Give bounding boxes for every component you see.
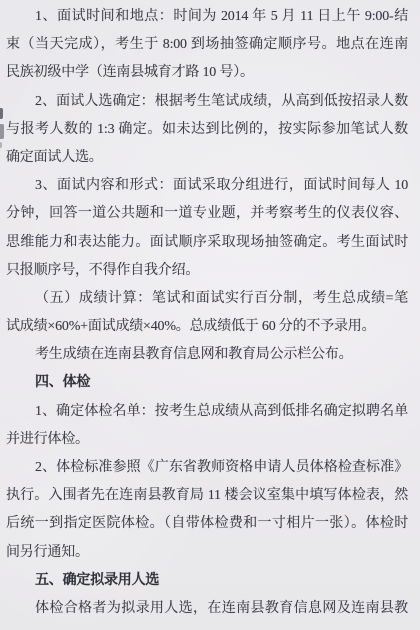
text-line: 1、确定体检名单：按考生总成绩从高到低排名确定拟聘名单 — [6, 398, 408, 426]
document-page: 1、面试时间和地点：时间为 2014 年 5 月 11 日上午 9:00-结 束… — [0, 0, 420, 630]
paragraph-interview-content-format: 3、面试内容和形式：面试采取分组进行，面试时间每人 10 分钟，回答一道公共题和… — [6, 172, 408, 285]
text-line: 2、体检标准参照《广东省教师资格申请人员体格检查标准》 — [6, 454, 408, 482]
section-heading-proposed-hire: 五、确定拟录用人选 — [6, 567, 408, 595]
text-line: 分钟，回答一道公共题和一道专业题，并考察考生的仪表仪容、 — [6, 200, 408, 228]
scan-smudge-artifact — [0, 142, 2, 148]
text-line: 体检合格者为拟录用人选，在连南县教育信息网及连南县教 — [6, 595, 408, 623]
text-line: 与报考人数的 1:3 确定。如未达到比例的，按实际参加笔试人数 — [6, 116, 408, 144]
text-line: 考生成绩在连南县教育信息网和教育局公示栏公布。 — [6, 341, 408, 369]
scan-smudge-artifact — [0, 124, 4, 139]
paragraph-physical-exam-list: 1、确定体检名单：按考生总成绩从高到低排名确定拟聘名单 并进行体检。 — [6, 398, 408, 454]
text-line: 3、面试内容和形式：面试采取分组进行，面试时间每人 10 — [6, 172, 408, 200]
text-line: 执行。入围者先在连南县教育局 11 楼会议室集中填写体检表，然 — [6, 482, 408, 510]
text-line: 2、面试人选确定：根据考生笔试成绩，从高到低按招录人数 — [6, 88, 408, 116]
text-line: 民族初级中学（连南县城育才路 10 号）。 — [6, 59, 408, 87]
text-line: 后统一到指定医院体检。（自带体检费和一寸相片一张）。体检时 — [6, 510, 408, 538]
text-line: 并进行体检。 — [6, 426, 408, 454]
text-line: 束（当天完成），考生于 8:00 到场抽签确定顺序号。地点在连南 — [6, 31, 408, 59]
text-line: 1、面试时间和地点：时间为 2014 年 5 月 11 日上午 9:00-结 — [6, 3, 408, 31]
paragraph-interview-time-location: 1、面试时间和地点：时间为 2014 年 5 月 11 日上午 9:00-结 束… — [6, 3, 408, 88]
paragraph-score-calculation: （五）成绩计算：笔试和面试实行百分制，考生总成绩=笔 试成绩×60%+面试成绩×… — [6, 285, 408, 341]
paragraph-proposed-hire: 体检合格者为拟录用人选，在连南县教育信息网及连南县教 — [6, 595, 408, 623]
section-heading-physical-exam: 四、体检 — [6, 369, 408, 397]
section-heading: 四、体检 — [6, 369, 408, 397]
text-line: （五）成绩计算：笔试和面试实行百分制，考生总成绩=笔 — [6, 285, 408, 313]
text-line: 间另行通知。 — [6, 539, 408, 567]
paragraph-interview-candidate-selection: 2、面试人选确定：根据考生笔试成绩，从高到低按招录人数 与报考人数的 1:3 确… — [6, 88, 408, 173]
text-line: 思维能力和表达能力。面试顺序采取现场抽签确定。考生面试时 — [6, 229, 408, 257]
scan-smudge-artifact — [0, 108, 3, 119]
section-heading: 五、确定拟录用人选 — [6, 567, 408, 595]
text-line: 确定面试人选。 — [6, 144, 408, 172]
text-line: 只报顺序号，不得作自我介绍。 — [6, 257, 408, 285]
paragraph-physical-exam-standard: 2、体检标准参照《广东省教师资格申请人员体格检查标准》 执行。入围者先在连南县教… — [6, 454, 408, 567]
paragraph-score-announcement: 考生成绩在连南县教育信息网和教育局公示栏公布。 — [6, 341, 408, 369]
text-line: 试成绩×60%+面试成绩×40%。总成绩低于 60 分的不予录用。 — [6, 313, 408, 341]
